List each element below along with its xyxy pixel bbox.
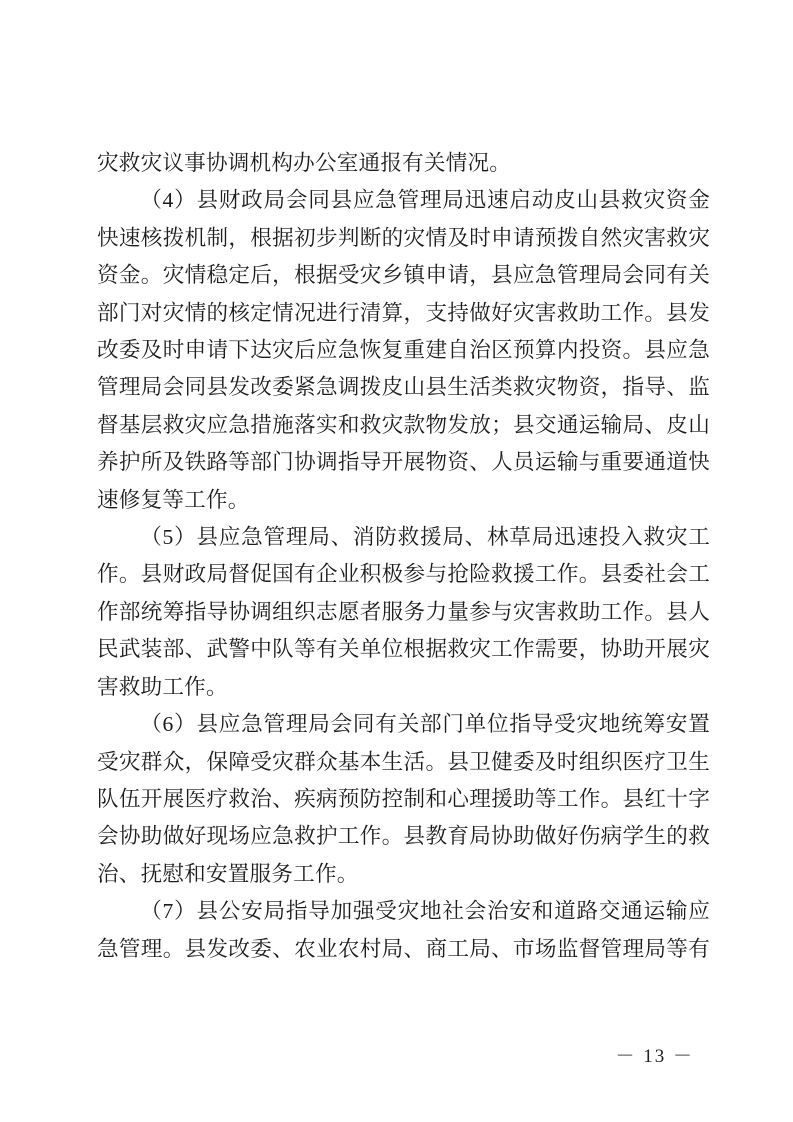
text-line: 资金。灾情稳定后，根据受灾乡镇申请，县应急管理局会同有关 [97,257,710,294]
text-line: 速修复等工作。 [97,482,710,519]
text-line: 队伍开展医疗救治、疾病预防控制和心理援助等工作。县红十字 [97,781,710,818]
page-number: － 13 － [615,1045,694,1069]
text-line: （7）县公安局指导加强受灾地社会治安和道路交通运输应 [97,893,710,930]
text-line: 督基层救灾应急措施落实和救灾款物发放；县交通运输局、皮山 [97,407,710,444]
text-line: 作部统筹指导协调组织志愿者服务力量参与灾害救助工作。县人 [97,594,710,631]
text-line: 部门对灾情的核定情况进行清算，支持做好灾害救助工作。县发 [97,295,710,332]
document-page: 灾救灾议事协调机构办公室通报有关情况。 （4）县财政局会同县应急管理局迅速启动皮… [0,0,793,1122]
text-line: 改委及时申请下达灾后应急恢复重建自治区预算内投资。县应急 [97,332,710,369]
text-line: 作。县财政局督促国有企业积极参与抢险救援工作。县委社会工 [97,556,710,593]
text-line: 民武装部、武警中队等有关单位根据救灾工作需要，协助开展灾 [97,631,710,668]
text-line: 快速核拨机制，根据初步判断的灾情及时申请预拨自然灾害救灾 [97,220,710,257]
text-line: 害救助工作。 [97,669,710,706]
text-line: 急管理。县发改委、农业农村局、商工局、市场监督管理局等有 [97,931,710,968]
text-line: （6）县应急管理局会同有关部门单位指导受灾地统筹安置 [97,706,710,743]
text-line: 治、抚慰和安置服务工作。 [97,856,710,893]
body-text: 灾救灾议事协调机构办公室通报有关情况。 （4）县财政局会同县应急管理局迅速启动皮… [97,145,710,968]
text-line: 管理局会同县发改委紧急调拨皮山县生活类救灾物资，指导、监 [97,369,710,406]
text-line: 灾救灾议事协调机构办公室通报有关情况。 [97,145,710,182]
text-line: （5）县应急管理局、消防救援局、林草局迅速投入救灾工 [97,519,710,556]
text-line: （4）县财政局会同县应急管理局迅速启动皮山县救灾资金 [97,182,710,219]
text-line: 养护所及铁路等部门协调指导开展物资、人员运输与重要通道快 [97,444,710,481]
text-line: 受灾群众，保障受灾群众基本生活。县卫健委及时组织医疗卫生 [97,744,710,781]
text-line: 会协助做好现场应急救护工作。县教育局协助做好伤病学生的救 [97,818,710,855]
